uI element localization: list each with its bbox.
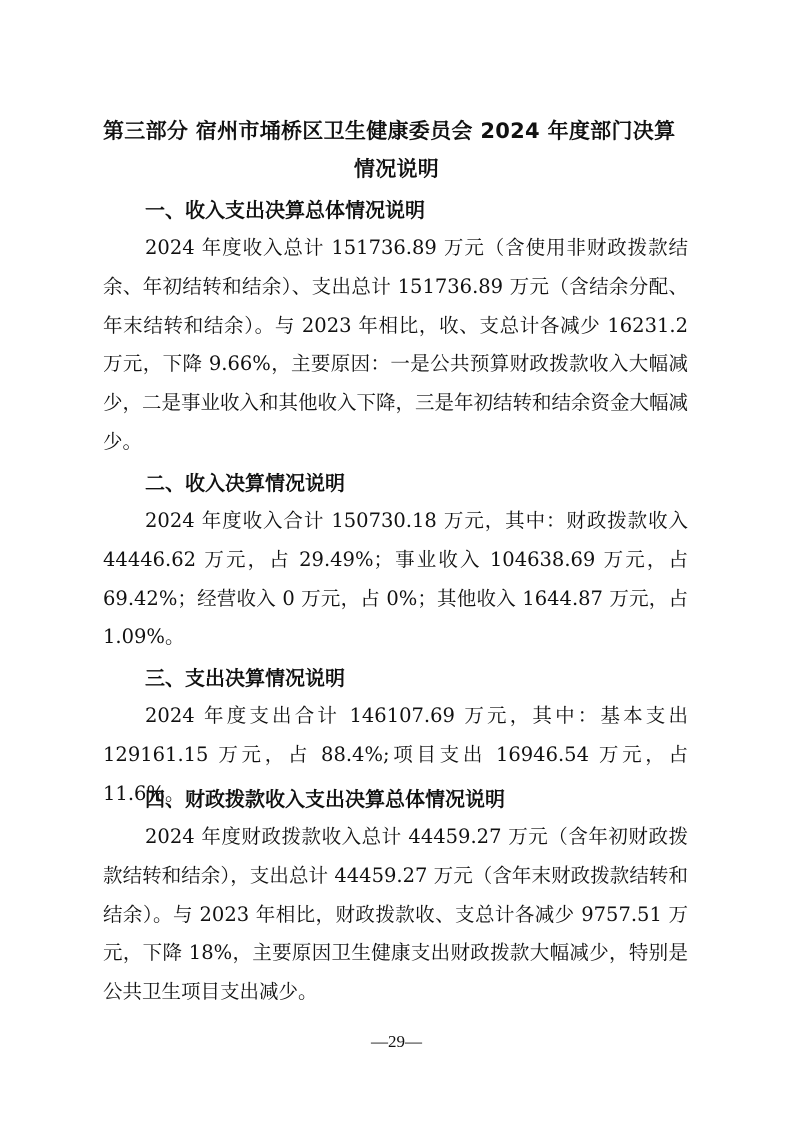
section-paragraph-4: 2024 年度财政拨款收入总计 44459.27 万元（含年初财政拨款结转和结余…: [103, 818, 688, 1012]
section-paragraph-2: 2024 年度收入合计 150730.18 万元，其中：财政拨款收入 44446…: [103, 502, 688, 657]
document-title-line-2: 情况说明: [0, 155, 793, 183]
document-title-line-1: 第三部分 宿州市埇桥区卫生健康委员会 2024 年度部门决算: [103, 117, 703, 145]
section-heading-2: 二、收入决算情况说明: [145, 469, 345, 497]
page-number: —29—: [0, 1032, 793, 1052]
document-page: 第三部分 宿州市埇桥区卫生健康委员会 2024 年度部门决算 情况说明 一、收入…: [0, 0, 793, 1122]
section-heading-3: 三、支出决算情况说明: [145, 664, 345, 692]
section-paragraph-1: 2024 年度收入总计 151736.89 万元（含使用非财政拨款结余、年初结转…: [103, 229, 688, 462]
section-heading-4: 四、财政拨款收入支出决算总体情况说明: [145, 785, 505, 813]
section-heading-1: 一、收入支出决算总体情况说明: [145, 196, 425, 224]
